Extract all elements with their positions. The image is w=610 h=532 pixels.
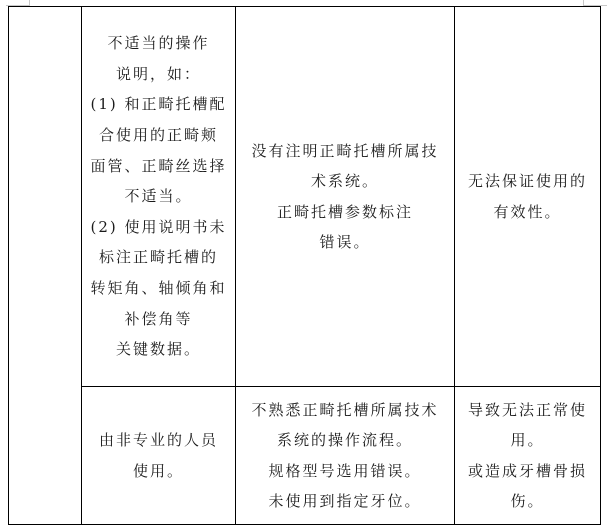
hazard-line: (1) 和正畸托槽配: [82, 89, 235, 120]
cause-line: 系统的操作流程。: [236, 425, 454, 456]
effect-cell: 导致无法正常使 用。 或造成牙槽骨损 伤。: [455, 387, 601, 525]
category-cell: [9, 7, 82, 525]
hazard-line: 不适当。: [82, 181, 235, 212]
hazard-line: 不适当的操作: [82, 28, 235, 59]
cause-line: 正畸托槽参数标注: [236, 197, 454, 228]
table-row: 由非专业的人员 使用。 不熟悉正畸托槽所属技术 系统的操作流程。 规格型号选用错…: [9, 387, 601, 525]
effect-line: 导致无法正常使: [455, 395, 600, 426]
hazard-line: 转矩角、轴倾角和: [82, 273, 235, 304]
cause-line: 错误。: [236, 227, 454, 258]
effect-line: 用。: [455, 425, 600, 456]
effect-line: 无法保证使用的: [455, 166, 600, 197]
hazard-line: 合使用的正畸颊: [82, 120, 235, 151]
cause-line: 未使用到指定牙位。: [236, 486, 454, 517]
risk-analysis-table: 不适当的操作 说明，如： (1) 和正畸托槽配 合使用的正畸颊 面管、正畸丝选择…: [8, 6, 601, 525]
hazard-line: 关键数据。: [82, 334, 235, 365]
cause-cell: 不熟悉正畸托槽所属技术 系统的操作流程。 规格型号选用错误。 未使用到指定牙位。: [236, 387, 455, 525]
effect-line: 有效性。: [455, 197, 600, 228]
hazard-line: 使用。: [82, 456, 235, 487]
cause-cell: 没有注明正畸托槽所属技 术系统。 正畸托槽参数标注 错误。: [236, 7, 455, 387]
hazard-cell: 不适当的操作 说明，如： (1) 和正畸托槽配 合使用的正畸颊 面管、正畸丝选择…: [82, 7, 236, 387]
effect-cell: 无法保证使用的 有效性。: [455, 7, 601, 387]
hazard-line: 标注正畸托槽的: [82, 242, 235, 273]
table-row: 不适当的操作 说明，如： (1) 和正畸托槽配 合使用的正畸颊 面管、正畸丝选择…: [9, 7, 601, 387]
hazard-line: 说明，如：: [82, 59, 235, 90]
effect-line: 伤。: [455, 486, 600, 517]
cause-line: 规格型号选用错误。: [236, 456, 454, 487]
hazard-line: 由非专业的人员: [82, 425, 235, 456]
hazard-line: 面管、正畸丝选择: [82, 151, 235, 182]
cause-line: 没有注明正畸托槽所属技: [236, 136, 454, 167]
hazard-line: (2) 使用说明书未: [82, 212, 235, 243]
cause-line: 术系统。: [236, 166, 454, 197]
hazard-line: 补偿角等: [82, 304, 235, 335]
effect-line: 或造成牙槽骨损: [455, 456, 600, 487]
hazard-cell: 由非专业的人员 使用。: [82, 387, 236, 525]
cause-line: 不熟悉正畸托槽所属技术: [236, 395, 454, 426]
